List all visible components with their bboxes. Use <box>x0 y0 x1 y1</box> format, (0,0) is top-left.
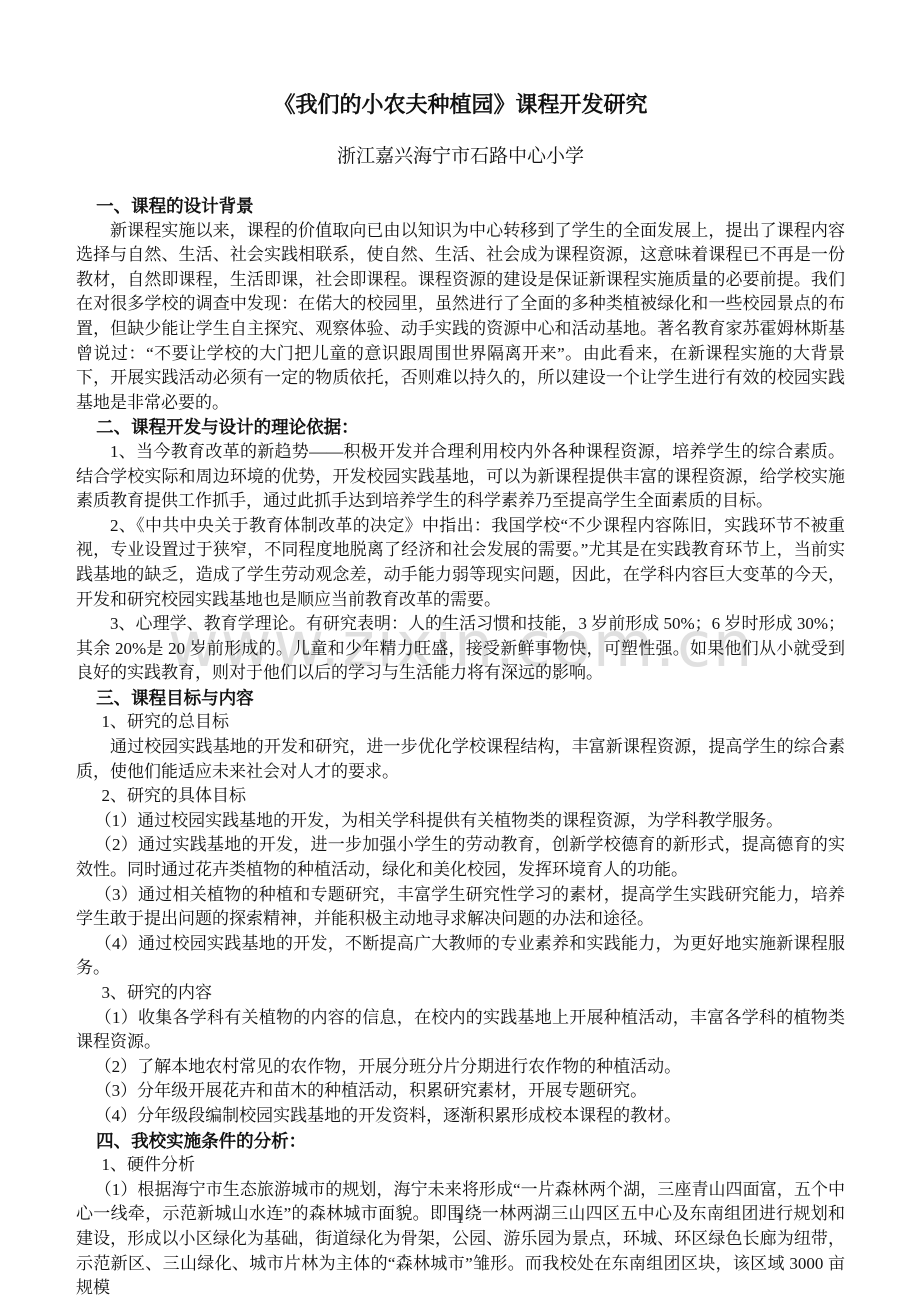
sub-heading: 1、硬件分析 <box>76 1153 845 1178</box>
paragraph: 新课程实施以来，课程的价值取向已由以知识为中心转移到了学生的全面发展上，提出了课… <box>76 219 845 416</box>
page-number: 1 <box>0 1210 920 1228</box>
list-item: （1）通过校园实践基地的开发，为相关学科提供有关植物类的课程资源，为学科教学服务… <box>76 809 845 834</box>
paragraph: 1、当今教育改革的新趋势——积极开发并合理利用校内外各种课程资源，培养学生的综合… <box>76 440 845 514</box>
paragraph: （1）根据海宁市生态旅游城市的规划，海宁未来将形成“一片森林两个湖，三座青山四面… <box>76 1178 845 1301</box>
list-item: （2）通过实践基地的开发，进一步加强小学生的劳动教育，创新学校德育的新形式，提高… <box>76 833 845 882</box>
paragraph: 2、《中共中央关于教育体制改革的决定》中指出：我国学校“不少课程内容陈旧，实践环… <box>76 514 845 612</box>
list-item: （1）收集各学科有关植物的内容的信息，在校内的实践基地上开展种植活动，丰富各学科… <box>76 1006 845 1055</box>
paragraph: 3、心理学、教育学理论。有研究表明：人的生活习惯和技能，3 岁前形成 50%；6… <box>76 612 845 686</box>
document-content: 《我们的小农夫种植园》课程开发研究 浙江嘉兴海宁市石路中心小学 一、课程的设计背… <box>0 0 920 1301</box>
paragraph: 通过校园实践基地的开发和研究，进一步优化学校课程结构，丰富新课程资源，提高学生的… <box>76 735 845 784</box>
list-item: （4）分年级段编制校园实践基地的开发资料，逐渐积累形成校本课程的教材。 <box>76 1104 845 1129</box>
document-page: www.zixin.com.cn 《我们的小农夫种植园》课程开发研究 浙江嘉兴海… <box>0 0 920 1302</box>
section-heading-4: 四、我校实施条件的分析： <box>76 1129 845 1154</box>
section-heading-3: 三、课程目标与内容 <box>76 686 845 711</box>
list-item: （2）了解本地农村常见的农作物，开展分班分片分期进行农作物的种植活动。 <box>76 1055 845 1080</box>
section-heading-1: 一、课程的设计背景 <box>76 194 845 219</box>
sub-heading: 2、研究的具体目标 <box>76 784 845 809</box>
list-item: （3）通过相关植物的种植和专题研究，丰富学生研究性学习的素材，提高学生实践研究能… <box>76 883 845 932</box>
list-item: （3）分年级开展花卉和苗木的种植活动，积累研究素材，开展专题研究。 <box>76 1079 845 1104</box>
sub-heading: 3、研究的内容 <box>76 981 845 1006</box>
document-title: 《我们的小农夫种植园》课程开发研究 <box>76 90 845 120</box>
list-item: （4）通过校园实践基地的开发，不断提高广大教师的专业素养和实践能力，为更好地实施… <box>76 932 845 981</box>
document-subtitle: 浙江嘉兴海宁市石路中心小学 <box>76 144 845 170</box>
section-heading-2: 二、课程开发与设计的理论依据： <box>76 415 845 440</box>
sub-heading: 1、研究的总目标 <box>76 710 845 735</box>
